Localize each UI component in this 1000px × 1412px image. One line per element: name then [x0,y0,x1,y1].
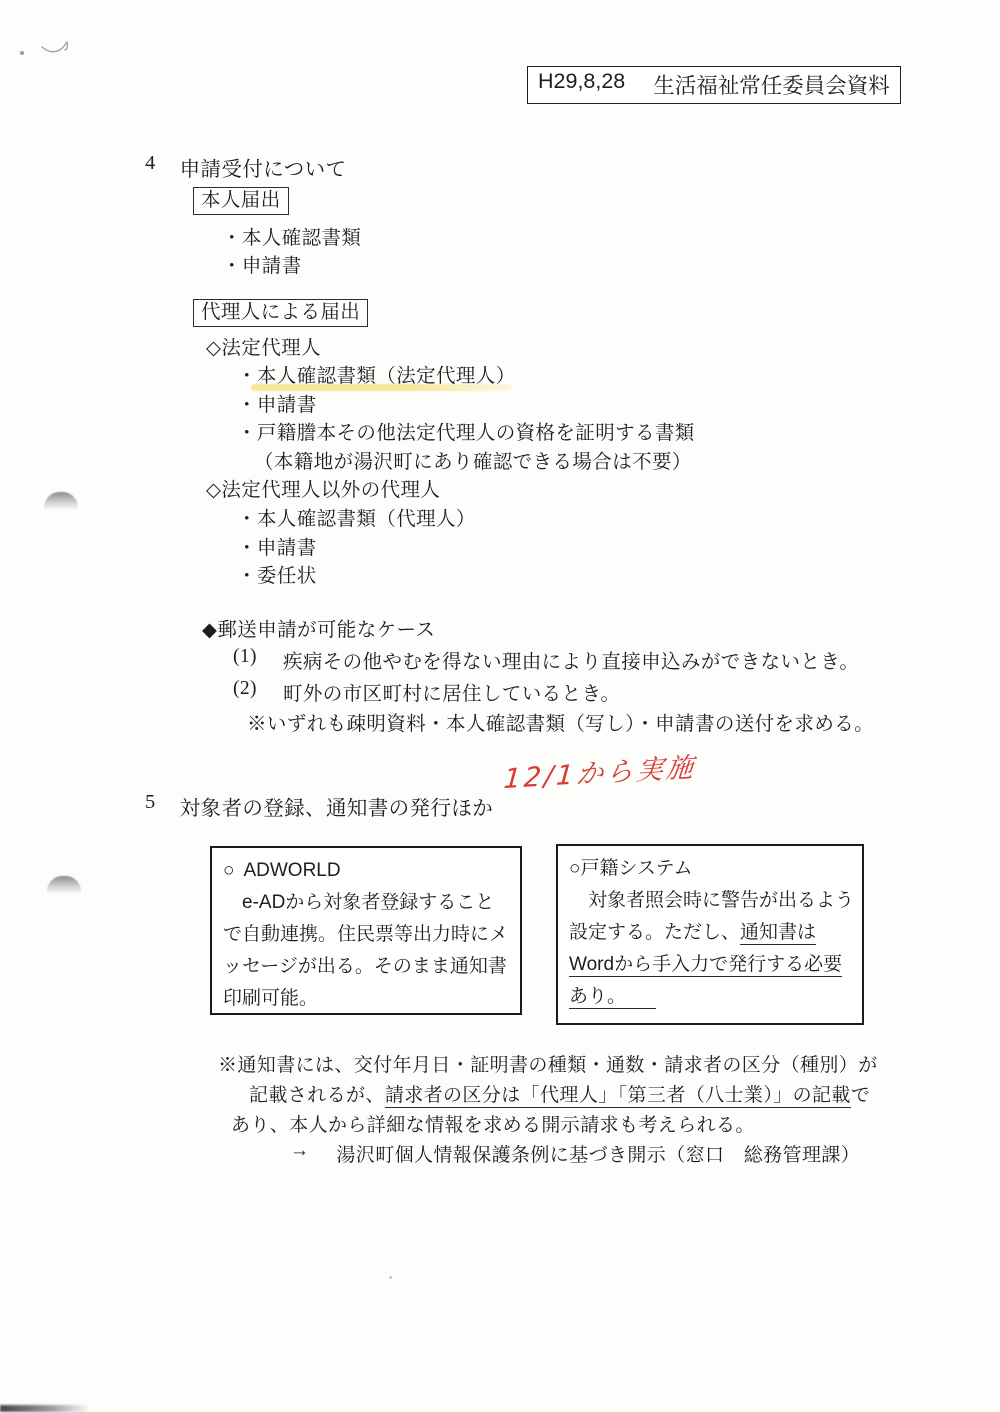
punch-hole-shadow [44,492,78,512]
red-handwritten-note: 12/1から実施 [502,745,697,796]
section5-number: 5 [145,791,156,821]
notice-note-text: で [851,1085,870,1106]
adworld-box-line: ッセージが出る。そのまま通知書 [223,951,509,983]
agent-report-boxed-label: 代理人による届出 [193,299,368,327]
legal-agent-item: ・戸籍謄本その他法定代理人の資格を証明する書類 [237,417,695,445]
pen-swoosh-artifact [40,34,80,65]
adworld-box-title: ○ADWORLD [223,855,509,887]
notice-note-line: 記載されるが、請求者の区分は「代理人」「第三者（八士業）」の記載で [249,1080,870,1107]
header-stamp-box: H29,8,28 生活福祉常任委員会資料 [527,66,901,104]
section4-number: 4 [145,152,156,182]
stamp-title: 生活福祉常任委員会資料 [653,69,890,100]
circle-mark: ○ [223,860,234,881]
ead-name: e-AD [242,892,285,913]
legal-agent-item-highlighted: ・本人確認書類（法定代理人） [237,360,516,388]
self-report-item: ・申請書 [222,250,302,278]
other-agent-item: ・委任状 [237,560,317,588]
koseki-box-line: Wordから手入力で発行する必要 [569,949,851,981]
legal-agent-heading: ◇法定代理人 [206,332,321,360]
notice-note-line: あり、本人から詳細な情報を求める開示請求も考えられる。 [231,1110,755,1137]
scan-edge-smudge [0,1405,90,1412]
disclosure-text: 湯沢町個人情報保護条例に基づき開示（窓口 総務管理課） [336,1140,860,1167]
adworld-box-line: で自動連携。住民票等出力時にメ [223,919,509,951]
underlined-text: 通知書は [740,922,816,945]
mail-case-1-number: (1) [233,646,257,674]
koseki-box-line: 対象者照会時に警告が出るよう [569,885,851,917]
mail-case-1-text: 疾病その他やむを得ない理由により直接申込みができないとき。 [283,646,859,674]
mail-case-1: (1) 疾病その他やむを得ない理由により直接申込みができないとき。 [233,646,859,674]
mail-case-2: (2) 町外の市区町村に居住しているとき。 [233,678,620,706]
self-report-boxed-label: 本人届出 [193,187,289,215]
underlined-text: あり。 [569,986,656,1009]
mail-case-2-text: 町外の市区町村に居住しているとき。 [283,678,621,706]
notice-note-line: ※通知書には、交付年月日・証明書の種類・通数・請求者の区分（種別）が [218,1050,878,1077]
underlined-text: Wordから手入力で発行する必要 [569,954,842,977]
adworld-box-line: 印刷可能。 [223,983,509,1015]
koseki-box-line: あり。 [569,981,851,1013]
adworld-box-line-text: から対象者登録すること [285,892,494,913]
notice-note-text: 記載されるが、 [249,1085,385,1106]
punch-hole-shadow [47,876,81,896]
word-name: Word [569,954,614,975]
notice-note-conclusion: → 湯沢町個人情報保護条例に基づき開示（窓口 総務管理課） [290,1140,860,1167]
scanned-document-page: H29,8,28 生活福祉常任委員会資料 4 申請受付について 本人届出 ・本人… [0,0,1000,1412]
other-agent-item: ・本人確認書類（代理人） [237,503,476,531]
pen-dot-artifact [20,51,24,55]
koseki-system-box: ○戸籍システム 対象者照会時に警告が出るよう 設定する。ただし、通知書は Wor… [556,844,864,1025]
adworld-system-box: ○ADWORLD e-ADから対象者登録すること で自動連携。住民票等出力時にメ… [210,846,522,1015]
legal-agent-item: ・申請書 [237,389,317,417]
section4-title: 申請受付について [180,152,347,182]
mail-case-2-number: (2) [233,678,257,706]
koseki-box-title: ○戸籍システム [569,853,851,885]
mail-note: ※いずれも疎明資料・本人確認書類（写し）・申請書の送付を求める。 [247,708,874,736]
mail-application-heading: ◆郵送申請が可能なケース [202,614,435,642]
scan-speck [389,1276,392,1279]
stamp-date: H29,8,28 [538,69,625,100]
adworld-box-line: e-ADから対象者登録すること [223,887,509,919]
section4-heading: 4 申請受付について [145,152,346,182]
section5-title: 対象者の登録、通知書の発行ほか [180,791,494,821]
koseki-box-line-text: 設定する。ただし、 [569,922,740,943]
yellow-highlighted-text: ・本人確認書類（法定代理人） [237,360,516,388]
legal-agent-item-note: （本籍地が湯沢町にあり確認できる場合は不要） [254,446,692,474]
other-agent-item: ・申請書 [237,532,317,560]
self-report-item: ・本人確認書類 [222,222,361,250]
self-report-label: 本人届出 [193,184,289,212]
other-agent-heading: ◇法定代理人以外の代理人 [206,474,440,502]
koseki-box-line-text: から手入力で発行する必要 [614,954,842,975]
koseki-box-line: 設定する。ただし、通知書は [569,917,851,949]
arrow-glyph: → [290,1140,309,1167]
underlined-text: 請求者の区分は「代理人」「第三者（八士業）」の記載 [385,1085,851,1108]
agent-report-label: 代理人による届出 [193,296,368,324]
section5-heading: 5 対象者の登録、通知書の発行ほか [145,791,493,821]
adworld-name: ADWORLD [243,860,340,881]
